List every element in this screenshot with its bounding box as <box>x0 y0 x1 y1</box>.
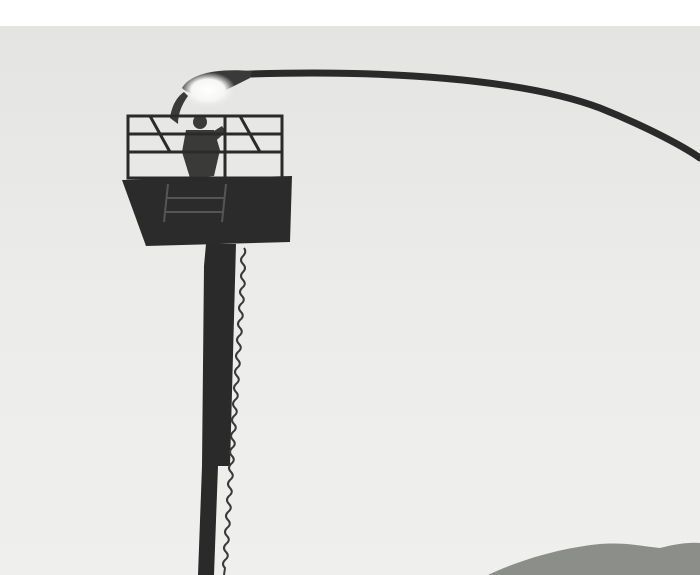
lamp-glow <box>180 72 236 108</box>
photo-frame <box>0 0 700 575</box>
photograph <box>0 26 700 575</box>
